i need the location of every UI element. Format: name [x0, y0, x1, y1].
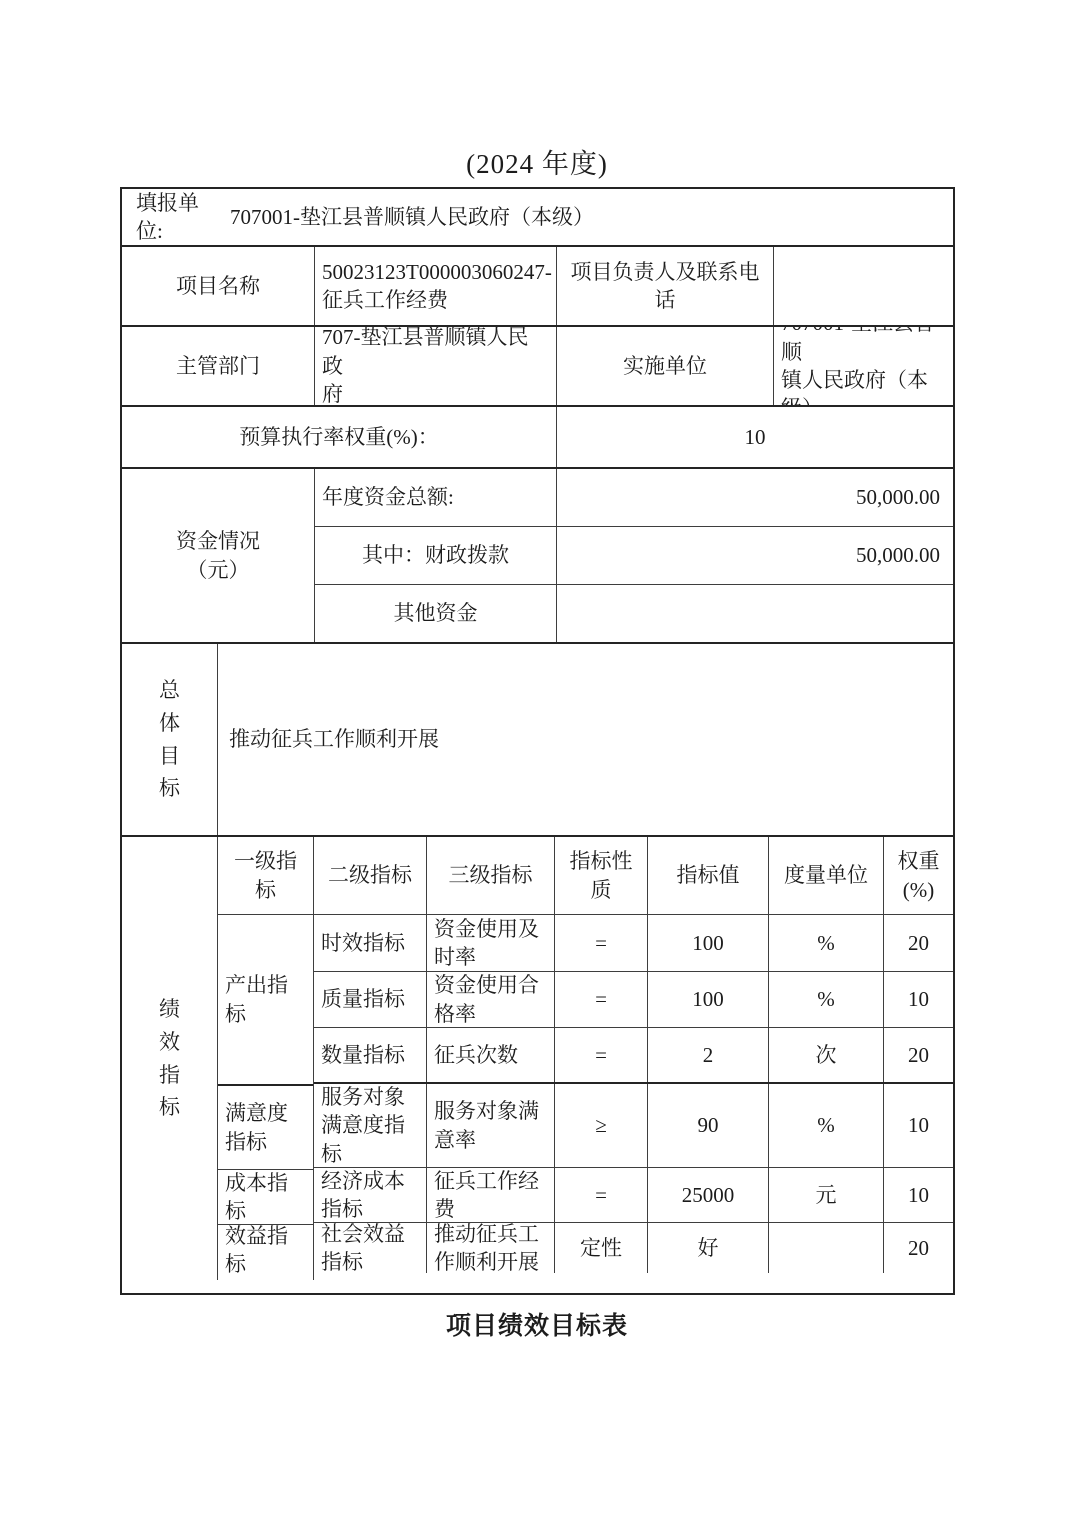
perf-row-satisfaction: 服务对象 满意度指 标 服务对象满 意率 ≥ 90 % 10	[314, 1084, 953, 1168]
perf-r4-unit: 元	[769, 1168, 884, 1222]
perf-r2-nature: =	[555, 1028, 648, 1082]
budget-weight-label: 预算执行率权重(%)：	[122, 407, 557, 467]
row-budget-weight: 预算执行率权重(%)： 10	[122, 407, 953, 469]
perf-header-level2: 二级指标	[314, 837, 427, 914]
perf-r5-nature: 定性	[555, 1223, 648, 1273]
perf-header-value: 指标值	[648, 837, 769, 914]
row-overall-goal: 总 体 目 标 推动征兵工作顺利开展	[122, 644, 953, 837]
perf-r1-l3: 资金使用合 格率	[427, 972, 555, 1027]
perf-r4-l3: 征兵工作经 费	[427, 1168, 555, 1222]
perf-r0-unit: %	[769, 915, 884, 971]
department-label: 主管部门	[122, 327, 315, 405]
perf-r0-value: 100	[648, 915, 769, 971]
funds-label: 资金情况 （元）	[122, 469, 315, 642]
perf-r2-l2: 数量指标	[314, 1028, 427, 1082]
perf-header-nature: 指标性 质	[555, 837, 648, 914]
funds-fiscal-value: 50,000.00	[557, 527, 953, 584]
perf-r4-value: 25000	[648, 1168, 769, 1222]
row-filling-unit: 填报单 位: 707001-垫江县普顺镇人民政府（本级）	[122, 189, 953, 247]
funds-other-value	[557, 585, 953, 642]
funds-other-label: 其他资金	[315, 585, 557, 642]
perf-header-level1: 一级指 标	[218, 837, 314, 914]
perf-level1-benefit: 效益指 标	[218, 1225, 313, 1275]
perf-r0-nature: =	[555, 915, 648, 971]
perf-header-unit: 度量单位	[769, 837, 884, 914]
perf-level1-column: 产出指 标 满意度 指标 成本指 标 效益指 标	[218, 915, 314, 1280]
perf-r5-value: 好	[648, 1223, 769, 1273]
funds-row-other: 其他资金	[315, 585, 953, 642]
table-caption: 项目绩效目标表	[0, 1306, 1074, 1342]
perf-r5-weight: 20	[884, 1223, 953, 1273]
project-contact-value	[774, 247, 953, 325]
perf-r2-l3: 征兵次数	[427, 1028, 555, 1082]
perf-level1-output: 产出指 标	[218, 915, 313, 1086]
perf-row-cost: 经济成本 指标 征兵工作经 费 = 25000 元 10	[314, 1168, 953, 1223]
perf-r3-weight: 10	[884, 1084, 953, 1167]
perf-r1-unit: %	[769, 972, 884, 1027]
perf-r3-nature: ≥	[555, 1084, 648, 1167]
perf-r3-l3: 服务对象满 意率	[427, 1084, 555, 1167]
perf-header-row: 一级指 标 二级指标 三级指标 指标性 质 指标值 度量单位 权重 (%)	[218, 837, 953, 915]
department-value: 707-垫江县普顺镇人民政 府	[315, 327, 557, 405]
perf-r3-l2: 服务对象 满意度指 标	[314, 1084, 427, 1167]
perf-r1-value: 100	[648, 972, 769, 1027]
funds-subtable: 年度资金总额: 50,000.00 其中：财政拨款 50,000.00 其他资金	[315, 469, 953, 642]
perf-r5-l2: 社会效益 指标	[314, 1223, 427, 1273]
perf-row-benefit: 社会效益 指标 推动征兵工 作顺利开展 定性 好 20	[314, 1223, 953, 1273]
perf-row-quality: 质量指标 资金使用合 格率 = 100 % 10	[314, 972, 953, 1028]
row-funds: 资金情况 （元） 年度资金总额: 50,000.00 其中：财政拨款 50,00…	[122, 469, 953, 644]
performance-subtable: 一级指 标 二级指标 三级指标 指标性 质 指标值 度量单位 权重 (%) 产出…	[218, 837, 953, 1280]
funds-fiscal-label: 其中：财政拨款	[315, 527, 557, 584]
perf-r5-unit	[769, 1223, 884, 1273]
perf-r2-weight: 20	[884, 1028, 953, 1082]
perf-r4-l2: 经济成本 指标	[314, 1168, 427, 1222]
perf-r0-weight: 20	[884, 915, 953, 971]
row-performance-indicators: 绩 效 指 标 一级指 标 二级指标 三级指标 指标性 质 指标值 度量单位 权…	[122, 837, 953, 1280]
project-name-value: 50023123T000003060247- 征兵工作经费	[315, 247, 557, 325]
perf-header-weight: 权重 (%)	[884, 837, 953, 914]
perf-rows: 时效指标 资金使用及 时率 = 100 % 20 质量指标 资金使用合 格率 =…	[314, 915, 953, 1280]
row-project-name: 项目名称 50023123T000003060247- 征兵工作经费 项目负责人…	[122, 247, 953, 327]
perf-r1-nature: =	[555, 972, 648, 1027]
filling-unit-label: 填报单 位:	[122, 189, 222, 245]
project-name-label: 项目名称	[122, 247, 315, 325]
document-page: (2024 年度) 填报单 位: 707001-垫江县普顺镇人民政府（本级） 项…	[0, 0, 1074, 1520]
perf-r3-value: 90	[648, 1084, 769, 1167]
perf-row-timeliness: 时效指标 资金使用及 时率 = 100 % 20	[314, 915, 953, 972]
overall-goal-value: 推动征兵工作顺利开展	[218, 644, 953, 835]
perf-r2-value: 2	[648, 1028, 769, 1082]
perf-r5-l3: 推动征兵工 作顺利开展	[427, 1223, 555, 1273]
perf-r1-l2: 质量指标	[314, 972, 427, 1027]
implementing-unit-label: 实施单位	[557, 327, 774, 405]
perf-r0-l2: 时效指标	[314, 915, 427, 971]
performance-target-table: 填报单 位: 707001-垫江县普顺镇人民政府（本级） 项目名称 500231…	[120, 187, 955, 1295]
performance-indicators-label: 绩 效 指 标	[122, 837, 218, 1280]
row-department: 主管部门 707-垫江县普顺镇人民政 府 实施单位 707001-垫江县普顺 镇…	[122, 327, 953, 407]
funds-total-value: 50,000.00	[557, 469, 953, 526]
implementing-unit-value: 707001-垫江县普顺 镇人民政府（本级）	[774, 327, 953, 405]
perf-r1-weight: 10	[884, 972, 953, 1027]
funds-row-total: 年度资金总额: 50,000.00	[315, 469, 953, 527]
funds-row-fiscal: 其中：财政拨款 50,000.00	[315, 527, 953, 585]
perf-r0-l3: 资金使用及 时率	[427, 915, 555, 971]
funds-total-label: 年度资金总额:	[315, 469, 557, 526]
perf-body: 产出指 标 满意度 指标 成本指 标 效益指 标 时效指标 资金使用及 时率 =…	[218, 915, 953, 1280]
perf-header-level3: 三级指标	[427, 837, 555, 914]
project-contact-label: 项目负责人及联系电 话	[557, 247, 774, 325]
overall-goal-label: 总 体 目 标	[122, 644, 218, 835]
budget-weight-value: 10	[557, 407, 953, 467]
page-title: (2024 年度)	[0, 142, 1074, 181]
perf-level1-satisfaction: 满意度 指标	[218, 1086, 313, 1170]
filling-unit-value: 707001-垫江县普顺镇人民政府（本级）	[222, 189, 953, 245]
perf-r2-unit: 次	[769, 1028, 884, 1082]
perf-r4-nature: =	[555, 1168, 648, 1222]
perf-row-quantity: 数量指标 征兵次数 = 2 次 20	[314, 1028, 953, 1084]
perf-level1-cost: 成本指 标	[218, 1170, 313, 1225]
perf-r3-unit: %	[769, 1084, 884, 1167]
perf-r4-weight: 10	[884, 1168, 953, 1222]
